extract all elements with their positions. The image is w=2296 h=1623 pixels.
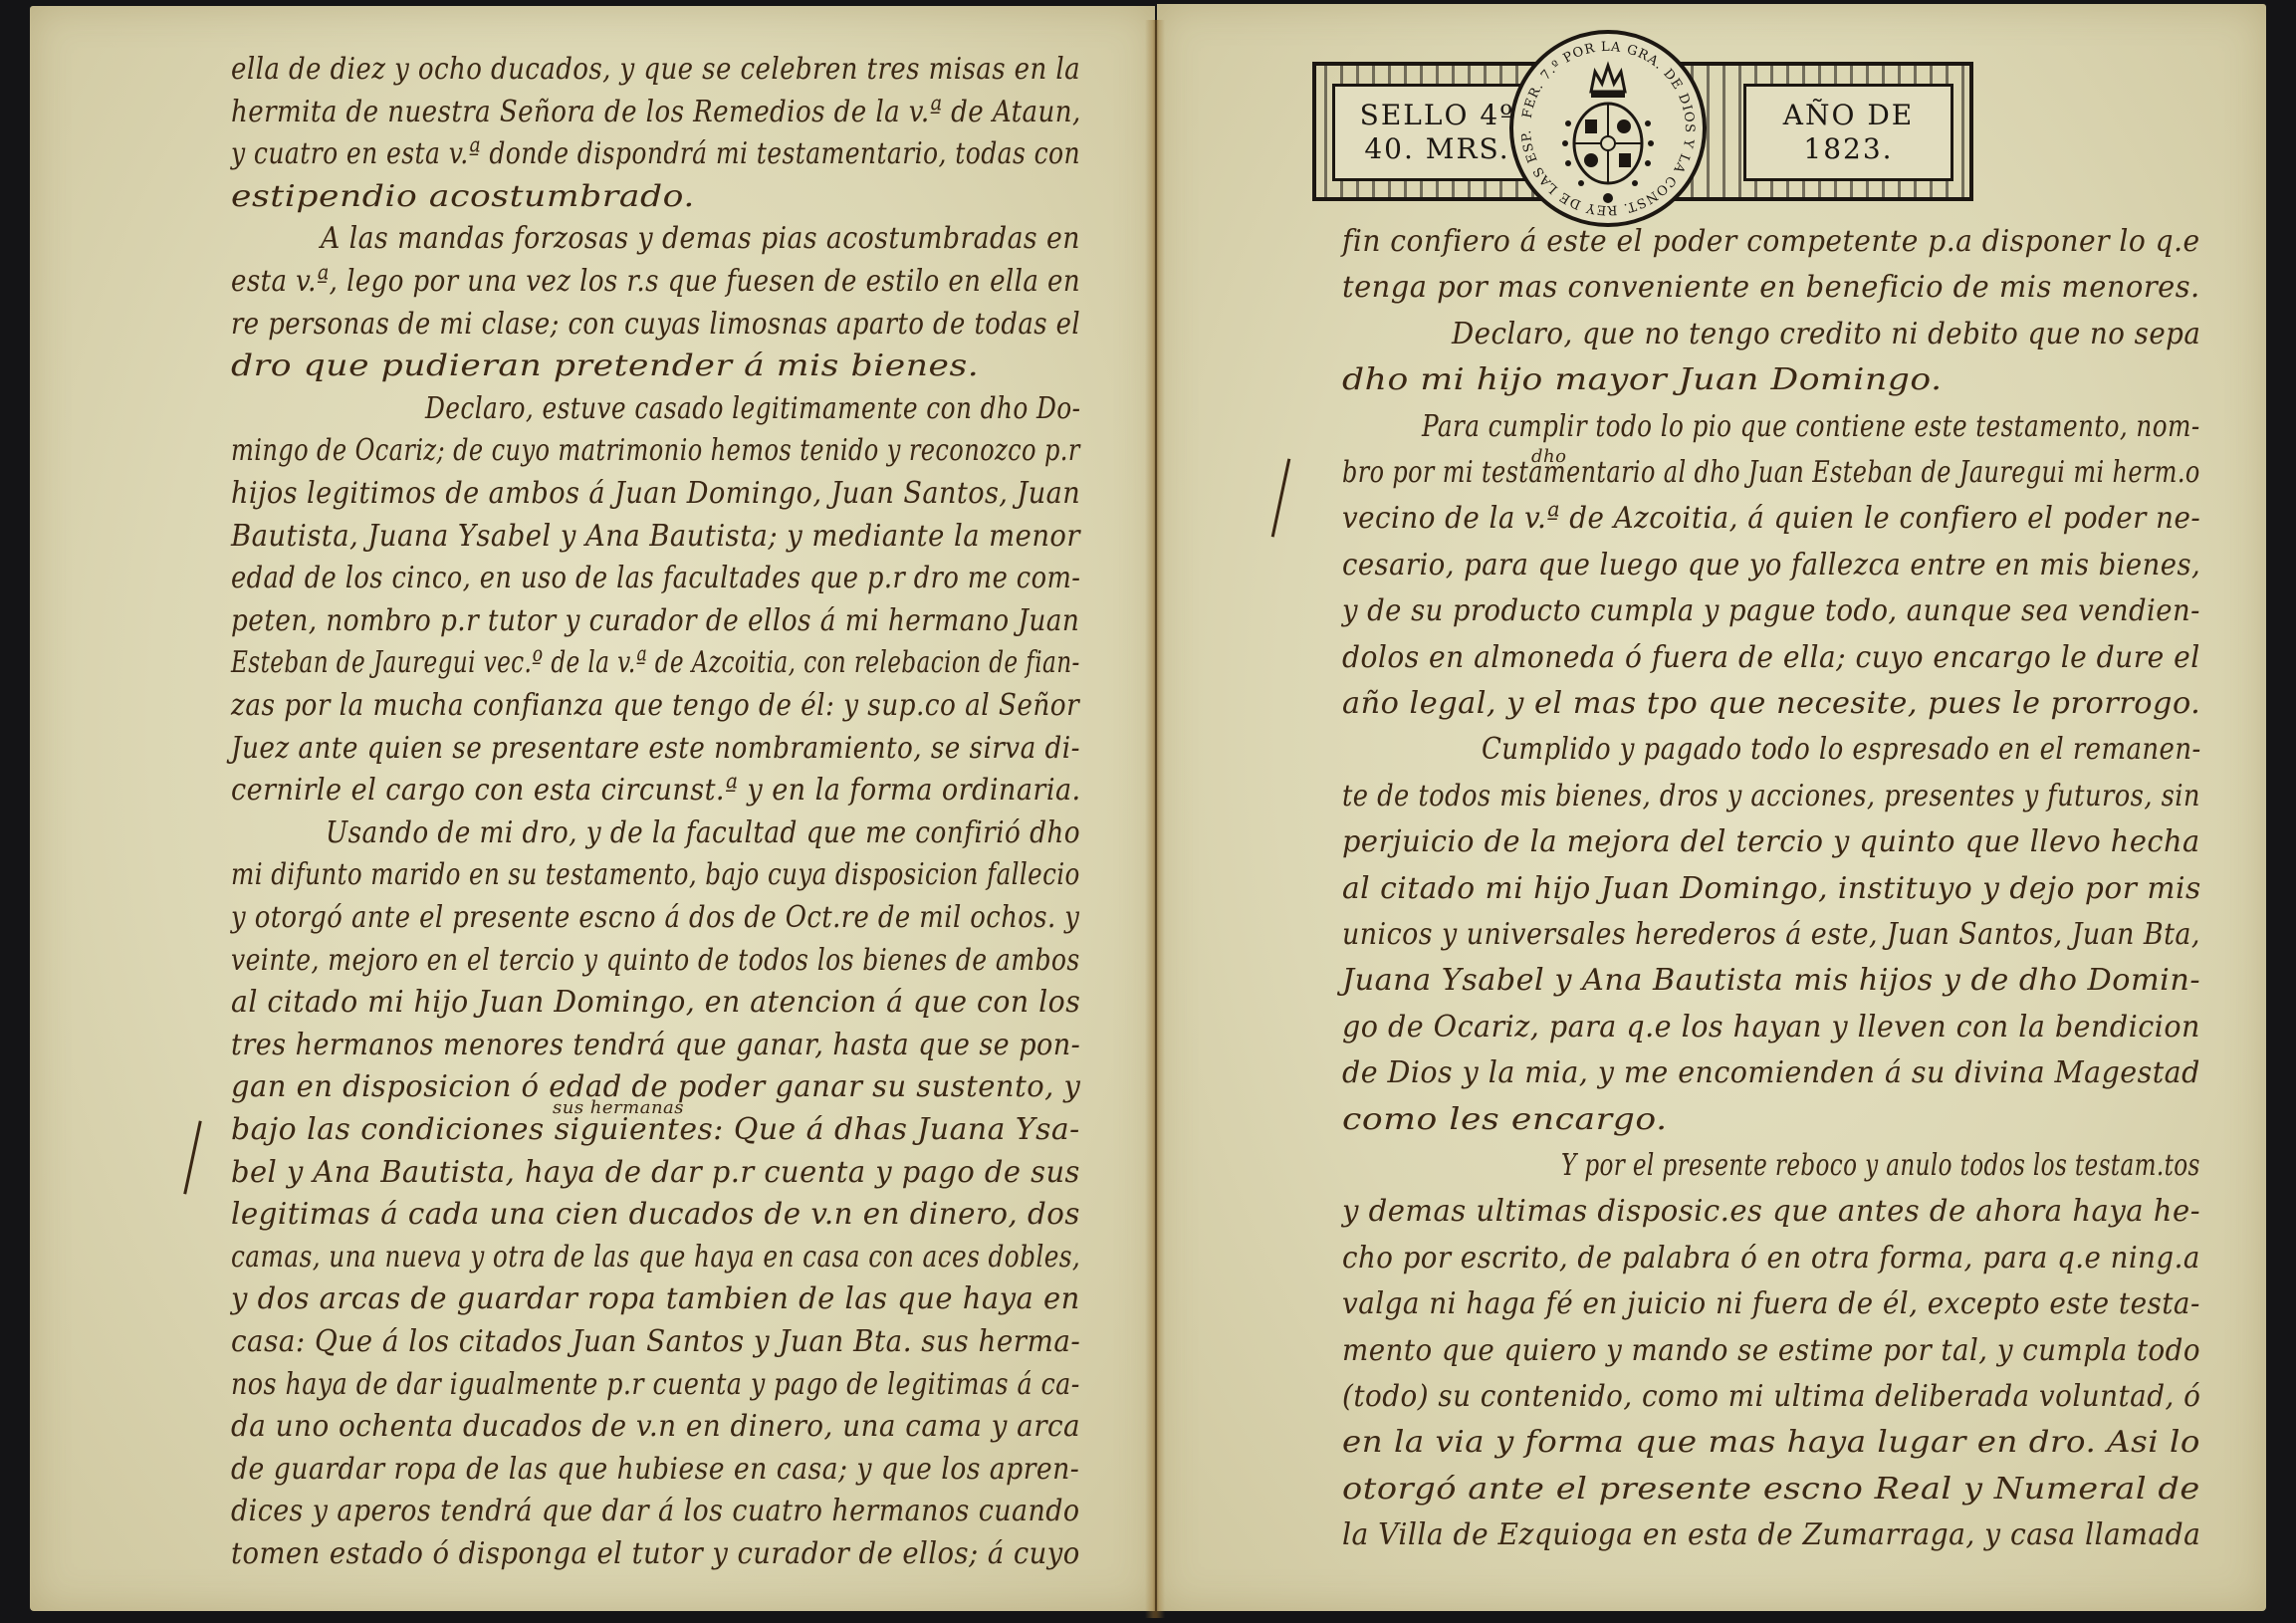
- right-page-line: al citado mi hijo Juan Domingo, instituy…: [1342, 871, 2201, 906]
- right-page-line: valga ni haga fé en juicio ni fuera de é…: [1342, 1286, 2200, 1321]
- right-page-line: te de todos mis bienes, dros y acciones,…: [1342, 779, 2200, 813]
- left-page-line: legitimas á cada una cien ducados de v.n…: [231, 1197, 1080, 1232]
- left-page-line: ella de diez y ocho ducados, y que se ce…: [231, 52, 1080, 87]
- right-page-line: y demas ultimas disposic.es que antes de…: [1342, 1194, 2200, 1229]
- right-page-line: cesario, para que luego que yo fallezca …: [1342, 548, 2200, 582]
- right-page-line: mento que quiero y mando se estime por t…: [1342, 1333, 2200, 1368]
- left-page-line: bel y Ana Bautista, haya de dar p.r cuen…: [231, 1155, 1080, 1190]
- left-page-line: y dos arcas de guardar ropa tambien de l…: [231, 1281, 1080, 1316]
- left-page-line: y otorgó ante el presente escno á dos de…: [231, 900, 1079, 935]
- left-page-line: casa: Que á los citados Juan Santos y Ju…: [231, 1324, 1080, 1359]
- left-page-line: camas, una nueva y otra de las que haya …: [231, 1240, 1080, 1275]
- right-page-line: año legal, y el mas tpo que necesite, pu…: [1342, 686, 2200, 721]
- left-page-line: dices y aperos tendrá que dar á los cuat…: [231, 1494, 1080, 1528]
- left-page-line: mingo de Ocariz; de cuyo matrimonio hemo…: [231, 433, 1080, 468]
- left-page-line: da uno ochenta ducados de v.n en dinero,…: [231, 1409, 1080, 1444]
- left-page-line: veinte, mejoro en el tercio y quinto de …: [231, 943, 1080, 978]
- left-page-line: y cuatro en esta v.ª donde dispondrá mi …: [231, 136, 1080, 171]
- left-page-line: re personas de mi clase; con cuyas limos…: [231, 307, 1080, 342]
- left-page-line: Usando de mi dro, y de la facultad que m…: [326, 815, 1080, 850]
- left-page-line: cernirle el cargo con esta circunst.ª y …: [231, 773, 1081, 808]
- stamp-year-box: AÑO DE 1823.: [1743, 84, 1953, 181]
- right-page-line: dho mi hijo mayor Juan Domingo.: [1342, 362, 1943, 397]
- left-page-line: de guardar ropa de las que hubiese en ca…: [231, 1452, 1079, 1487]
- left-page-line: A las mandas forzosas y demas pias acost…: [321, 221, 1080, 256]
- right-page-line: Juana Ysabel y Ana Bautista mis hijos y …: [1342, 963, 2200, 998]
- left-page-line: Bautista, Juana Ysabel y Ana Bautista; y…: [231, 519, 1080, 554]
- left-page-line: dro que pudieran pretender á mis bienes.: [231, 348, 979, 383]
- left-page-line: hermita de nuestra Señora de los Remedio…: [231, 95, 1081, 129]
- stamped-paper-seal: SELLO 4º 40. MRS. AÑO DE 1823. FER. 7.º …: [1312, 62, 1973, 201]
- left-page-line: zas por la mucha confianza que tengo de …: [231, 688, 1079, 723]
- right-page-line: go de Ocariz, para q.e los hayan y lleve…: [1342, 1010, 2200, 1044]
- left-page-line: al citado mi hijo Juan Domingo, en atenc…: [231, 985, 1080, 1020]
- right-page-line: cho por escrito, de palabra ó en otra fo…: [1342, 1241, 2200, 1275]
- interlinear-note-right: dho: [1531, 446, 1566, 467]
- right-page-line: Y por el presente reboco y anulo todos l…: [1561, 1148, 2200, 1183]
- left-page-line: esta v.ª, lego por una vez los r.s que f…: [231, 264, 1080, 299]
- right-page-line: bro por mi testamentario al dho Juan Est…: [1342, 455, 2200, 490]
- interlinear-note-left: sus hermanas: [553, 1097, 684, 1118]
- right-page-line: perjuicio de la mejora del tercio y quin…: [1342, 824, 2200, 859]
- right-page-line: y de su producto cumpla y pague todo, au…: [1342, 593, 2200, 628]
- right-page-line: dolos en almoneda ó fuera de ella; cuyo …: [1342, 640, 2200, 675]
- right-page-line: vecino de la v.ª de Azcoitia, á quien le…: [1342, 501, 2200, 536]
- right-page-line: como les encargo.: [1342, 1102, 1668, 1137]
- left-page-line: tomen estado ó disponga el tutor y curad…: [231, 1536, 1080, 1571]
- right-page-line: Declaro, que no tengo credito ni debito …: [1452, 317, 2200, 351]
- left-page-line: tres hermanos menores tendrá que ganar, …: [231, 1028, 1080, 1062]
- left-page-line: hijos legitimos de ambos á Juan Domingo,…: [231, 476, 1080, 511]
- left-page-line: Juez ante quien se presentare este nombr…: [231, 731, 1080, 766]
- right-page-line: otorgó ante el presente escno Real y Num…: [1342, 1472, 2200, 1507]
- royal-coat-of-arms-icon: FER. 7.º POR LA GRA. DE DIOS Y LA CONST.…: [1509, 30, 1707, 227]
- left-page-line: nos haya de dar igualmente p.r cuenta y …: [231, 1367, 1080, 1402]
- left-page-line: peten, nombro p.r tutor y curador de ell…: [231, 603, 1079, 638]
- right-page-line: tenga por mas conveniente en beneficio d…: [1342, 270, 2200, 305]
- left-page-line: mi difunto marido en su testamento, bajo…: [231, 857, 1080, 892]
- right-page-line: fin confiero á este el poder competente …: [1342, 224, 2200, 259]
- left-page-line: Esteban de Jauregui vec.º de la v.ª de A…: [231, 645, 1080, 680]
- stamp-sello-label: SELLO 4º: [1360, 99, 1515, 132]
- left-page-line: edad de los cinco, en uso de las faculta…: [231, 561, 1080, 595]
- right-page-line: unicos y universales herederos á este, J…: [1342, 917, 2200, 952]
- right-page-line: Para cumplir todo lo pio que contiene es…: [1422, 409, 2200, 444]
- right-page-line: la Villa de Ezquioga en esta de Zumarrag…: [1342, 1517, 2200, 1552]
- stamp-value-label: 40. MRS.: [1364, 132, 1509, 166]
- left-page-line: Declaro, estuve casado legitimamente con…: [425, 391, 1080, 426]
- right-page-line: (todo) su contenido, como mi ultima deli…: [1342, 1379, 2200, 1414]
- right-page-line: de Dios y la mia, y me encomienden á su …: [1342, 1055, 2200, 1090]
- stamp-year-caption: AÑO DE: [1783, 99, 1914, 132]
- stamp-year-value: 1823.: [1803, 132, 1893, 166]
- left-page-line: estipendio acostumbrado.: [231, 179, 695, 214]
- book-gutter: [1145, 20, 1165, 1618]
- right-page-line: en la via y forma que mas haya lugar en …: [1342, 1425, 2200, 1460]
- right-page-line: Cumplido y pagado todo lo espresado en e…: [1482, 732, 2201, 767]
- seal-graphic: FER. 7.º POR LA GRA. DE DIOS Y LA CONST.…: [1513, 34, 1703, 223]
